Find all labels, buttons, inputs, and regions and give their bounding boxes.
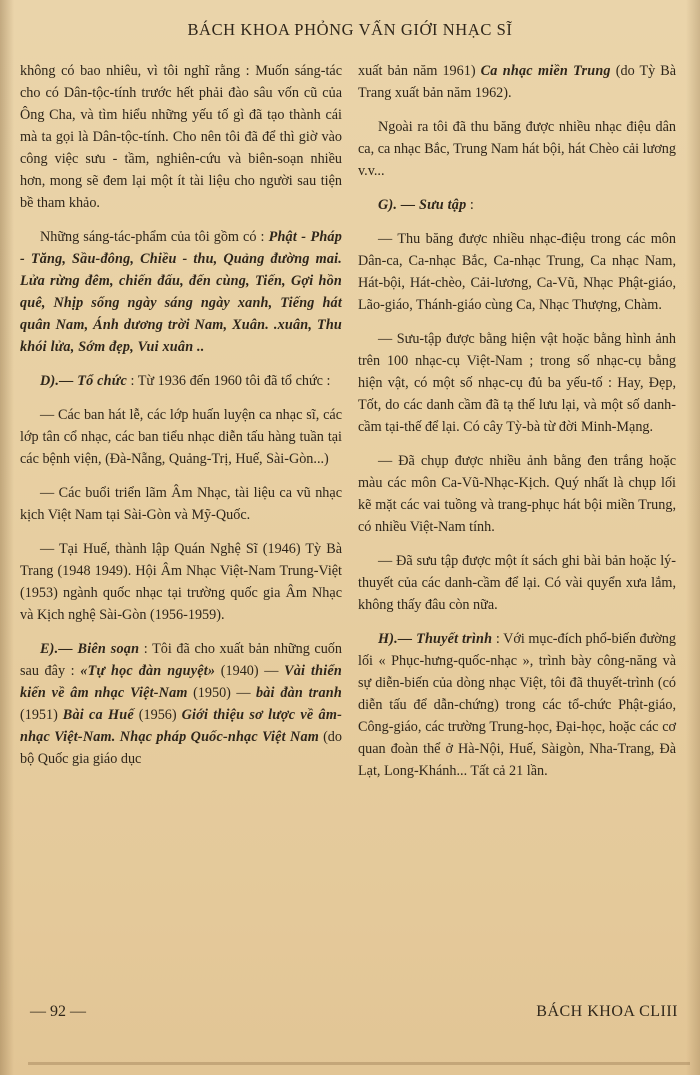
paragraph-extra: Ngoài ra tôi đã thu băng được nhiều nhạc… — [358, 116, 676, 182]
page-number: — 92 — — [30, 1003, 86, 1021]
book-title: Ca nhạc miền Trung — [481, 63, 611, 79]
section-d-item: — Các ban hát lễ, các lớp huấn luyện ca … — [20, 404, 342, 470]
section-h-text: : Với mục-đích phổ-biến đường lối « Phục… — [358, 631, 676, 779]
section-g-item: — Đã sưu tập được một ít sách ghi bài bả… — [358, 550, 676, 616]
section-g-colon: : — [466, 197, 474, 213]
section-h-paragraph: H).— Thuyết trình : Với mục-đích phổ-biế… — [358, 628, 676, 782]
section-g-heading: G). — Sưu tập : — [358, 194, 676, 216]
works-list: Phật - Pháp - Tăng, Sầu-đông, Chiều - th… — [20, 229, 342, 355]
section-g-item: — Sưu-tập được bằng hiện vật hoặc bằng h… — [358, 328, 676, 438]
section-e-title: Biên soạn — [78, 641, 140, 657]
section-h-title: Thuyết trình — [416, 631, 492, 647]
paragraph-intro: không có bao nhiêu, vì tôi nghĩ rằng : M… — [20, 60, 342, 214]
left-column: không có bao nhiêu, vì tôi nghĩ rằng : M… — [20, 60, 342, 782]
section-g-title: Sưu tập — [419, 197, 466, 213]
magazine-issue: BÁCH KHOA CLIII — [536, 1003, 678, 1021]
section-e-text: (1951) — [20, 707, 63, 723]
section-d-text: : Từ 1936 đến 1960 tôi đã tổ chức : — [127, 373, 330, 389]
section-h-label: H).— — [378, 631, 416, 647]
paragraph-works: Những sáng-tác-phẩm của tôi gồm có : Phậ… — [20, 226, 342, 358]
section-g-item: — Đã chụp được nhiều ảnh bằng đen trắng … — [358, 450, 676, 538]
running-title: BÁCH KHOA PHỎNG VẤN GIỚI NHẠC SĨ — [0, 20, 700, 40]
section-e-text: xuất bản năm 1961) — [358, 63, 481, 79]
works-intro: Những sáng-tác-phẩm của tôi gồm có : — [40, 229, 264, 245]
book-title: Bài ca Huế — [63, 707, 134, 723]
magazine-page: BÁCH KHOA PHỎNG VẤN GIỚI NHẠC SĨ không c… — [0, 0, 700, 1075]
section-g-item: — Thu băng được nhiều nhạc-điệu trong cá… — [358, 228, 676, 316]
section-d-label: D).— — [40, 373, 77, 389]
book-title: «Tự học đàn nguyệt» — [80, 663, 215, 679]
section-e-paragraph: E).— Biên soạn : Tôi đã cho xuất bản nhữ… — [20, 638, 342, 770]
section-e-label: E).— — [40, 641, 78, 657]
section-d-title: Tổ chức — [77, 373, 127, 389]
right-column: xuất bản năm 1961) Ca nhạc miền Trung (d… — [358, 60, 676, 794]
book-title: bài đàn tranh — [256, 685, 342, 701]
section-d-item: — Các buổi triển lãm Âm Nhạc, tài liệu c… — [20, 482, 342, 526]
section-d-item: — Tại Huế, thành lập Quán Nghệ Sĩ (1946)… — [20, 538, 342, 626]
section-e-continued: xuất bản năm 1961) Ca nhạc miền Trung (d… — [358, 60, 676, 104]
section-d-heading: D).— Tổ chức : Từ 1936 đến 1960 tôi đã t… — [20, 370, 342, 392]
section-e-text: (1940) — — [215, 663, 284, 679]
section-e-text: (1950) — — [188, 685, 256, 701]
section-g-label: G). — — [378, 197, 419, 213]
section-e-text: (1956) — [134, 707, 182, 723]
